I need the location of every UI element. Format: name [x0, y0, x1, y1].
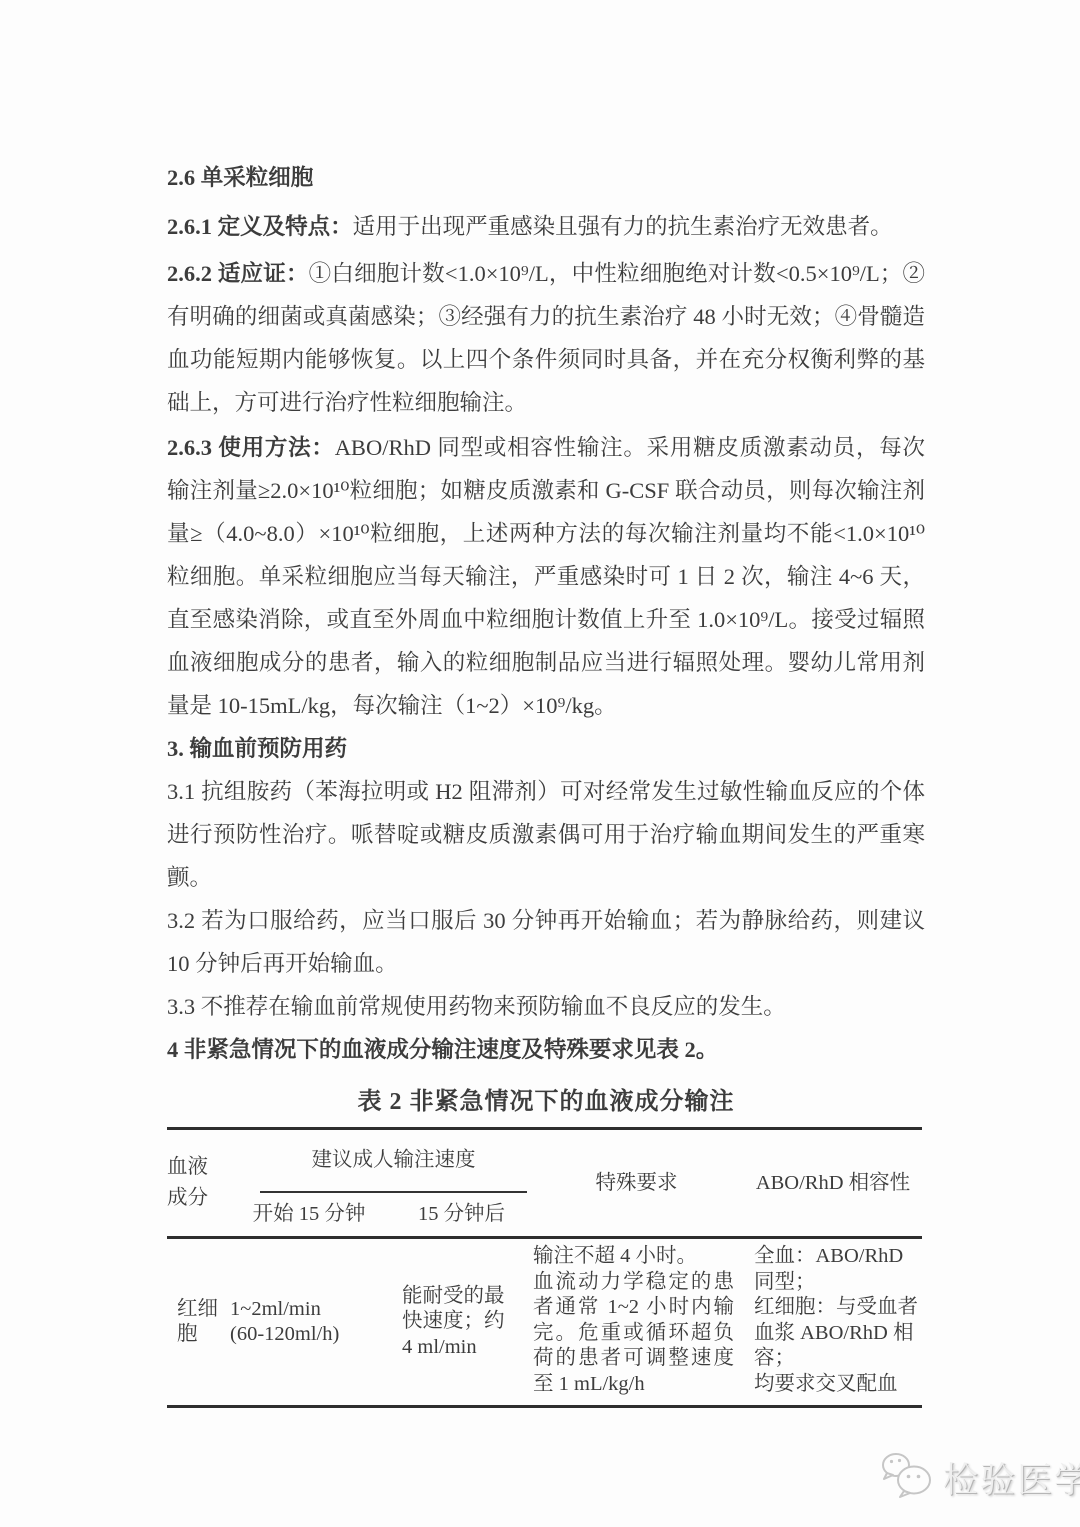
para-3-1-label: 3.1: [167, 779, 195, 804]
para-2-6-3: 2.6.3 使用方法：ABO/RhD 同型或相容性输注。采用糖皮质激素动员，每次…: [167, 426, 925, 727]
cell-component: 红细胞: [167, 1238, 224, 1407]
table-row-red-blood-cells: 红细胞 1~2ml/min (60-120ml/h) 能耐受的最快速度；约 4 …: [167, 1238, 922, 1407]
para-2-6-1-label: 2.6.1 定义及特点：: [167, 214, 353, 239]
para-2-6-3-label: 2.6.3 使用方法：: [167, 435, 335, 460]
cell-first-15-min-rate: 1~2ml/min (60-120ml/h): [224, 1238, 394, 1407]
table-2-header: 血液 成分 建议成人输注速度 特殊要求 ABO/RhD 相容性 开始 15 分钟…: [167, 1129, 922, 1238]
page: 2.6 单采粒细胞 2.6.1 定义及特点：适用于出现严重感染且强有力的抗生素治…: [0, 0, 1080, 1527]
col-header-speed-group-label: 建议成人输注速度: [260, 1130, 527, 1193]
para-2-6-3-text: ABO/RhD 同型或相容性输注。采用糖皮质激素动员，每次输注剂量≥2.0×10…: [167, 435, 925, 718]
col-header-first-15-min: 开始 15 分钟: [224, 1193, 394, 1238]
heading-4: 4 非紧急情况下的血液成分输注速度及特殊要求见表 2。: [167, 1028, 925, 1071]
heading-4-label: 4 非紧急情况下的血液成分输注速度及特殊要求见表 2。: [167, 1037, 718, 1062]
para-3-2-text: 若为口服给药，应当口服后 30 分钟再开始输血；若为静脉给药，则建议 10 分钟…: [167, 908, 925, 976]
para-2-6-2-label: 2.6.2 适应证：: [167, 261, 309, 286]
heading-2-6: 2.6 单采粒细胞: [167, 156, 925, 199]
para-2-6-1: 2.6.1 定义及特点：适用于出现严重感染且强有力的抗生素治疗无效患者。: [167, 205, 925, 248]
col-header-abo-rhd-compatibility: ABO/RhD 相容性: [744, 1129, 922, 1238]
heading-3: 3. 输血前预防用药: [167, 727, 925, 770]
cell-special-requirements: 输注不超 4 小时。 血流动力学稳定的患者通常 1~2 小时内输完。危重或循环超…: [529, 1238, 744, 1407]
col-header-after-15-min: 15 分钟后: [394, 1193, 529, 1238]
cell-abo-rhd-compatibility: 全血：ABO/RhD 同型； 红细胞：与受血者血浆 ABO/RhD 相容； 均要…: [744, 1238, 922, 1407]
table-2: 血液 成分 建议成人输注速度 特殊要求 ABO/RhD 相容性 开始 15 分钟…: [167, 1127, 922, 1408]
para-3-3-label: 3.3: [167, 994, 195, 1019]
para-2-6-2: 2.6.2 适应证：①白细胞计数<1.0×10⁹/L，中性粒细胞绝对计数<0.5…: [167, 252, 925, 424]
wechat-icon: [880, 1452, 936, 1505]
para-3-1-text: 抗组胺药（苯海拉明或 H2 阻滞剂）可对经常发生过敏性输血反应的个体进行预防性治…: [167, 779, 925, 890]
watermark: 检验医学: [880, 1452, 1060, 1504]
col-header-blood-component: 血液 成分: [167, 1129, 224, 1238]
table-2-title: 表 2 非紧急情况下的血液成分输注: [167, 1083, 925, 1121]
heading-3-label: 3. 输血前预防用药: [167, 736, 347, 761]
col-header-special-requirements: 特殊要求: [529, 1129, 744, 1238]
watermark-text: 检验医学: [943, 1453, 1080, 1503]
para-3-1: 3.1 抗组胺药（苯海拉明或 H2 阻滞剂）可对经常发生过敏性输血反应的个体进行…: [167, 770, 925, 899]
para-3-3: 3.3 不推荐在输血前常规使用药物来预防输血不良反应的发生。: [167, 985, 925, 1028]
document-content: 2.6 单采粒细胞 2.6.1 定义及特点：适用于出现严重感染且强有力的抗生素治…: [167, 148, 925, 1408]
col-header-speed-group: 建议成人输注速度: [224, 1129, 529, 1194]
para-3-2: 3.2 若为口服给药，应当口服后 30 分钟再开始输血；若为静脉给药，则建议 1…: [167, 899, 925, 985]
para-2-6-1-text: 适用于出现严重感染且强有力的抗生素治疗无效患者。: [353, 214, 893, 239]
heading-2-6-label: 2.6 单采粒细胞: [167, 165, 313, 190]
para-3-2-label: 3.2: [167, 908, 195, 933]
cell-after-15-min-rate: 能耐受的最快速度；约 4 ml/min: [394, 1238, 529, 1407]
para-3-3-text: 不推荐在输血前常规使用药物来预防输血不良反应的发生。: [195, 994, 786, 1019]
